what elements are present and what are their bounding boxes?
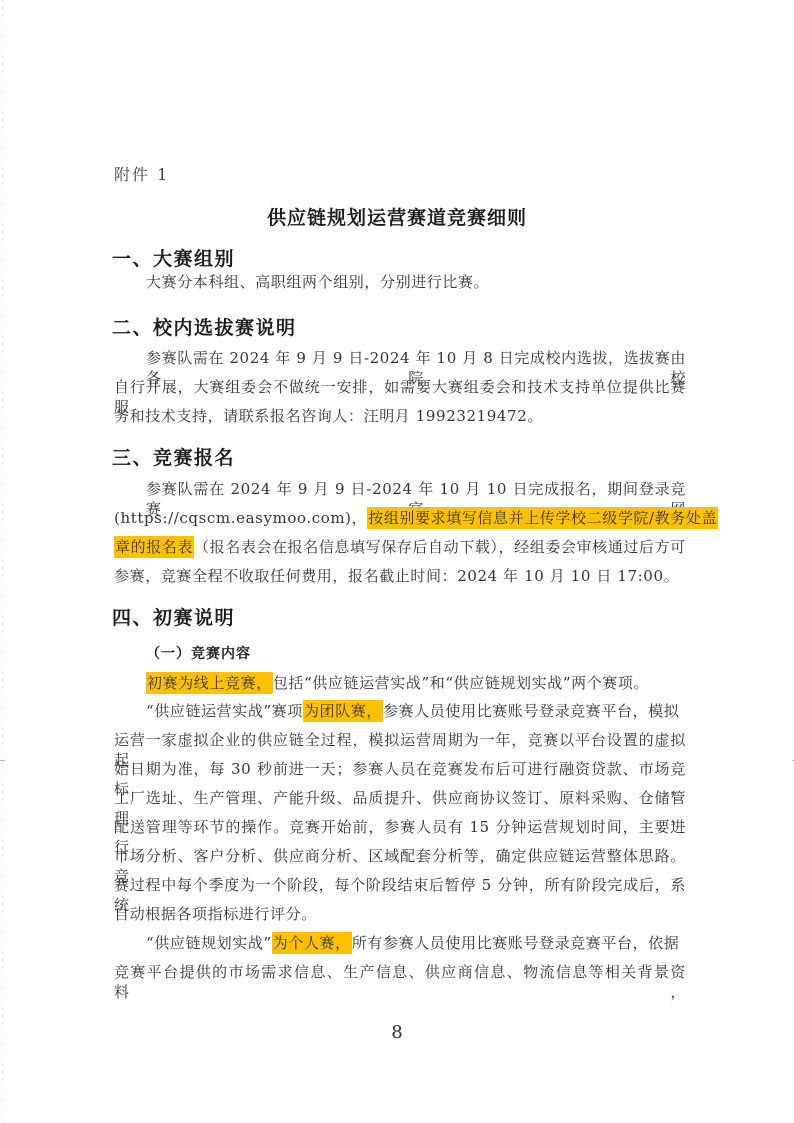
paragraph-text: “供应链运营实战”赛项	[146, 702, 303, 720]
document-page: 附件 1 供应链规划运营赛道竞赛细则 一、大赛组别 大赛分本科组、高职组两个组别…	[0, 0, 794, 1123]
paragraph-text: 包括“供应链运营实战”和“供应链规划实战”两个赛项。	[273, 674, 649, 692]
highlighted-text: 为个人赛，	[272, 932, 352, 954]
highlighted-text: 初赛为线上竞赛，	[146, 672, 273, 694]
paragraph-line: 初赛为线上竞赛，包括“供应链运营实战”和“供应链规划实战”两个赛项。	[146, 673, 718, 693]
paragraph-text: （报名表会在报名信息填写保存后自动下载），经组委会审核通过后方可	[194, 538, 686, 556]
paragraph-line: 务和技术支持，请联系报名咨询人：汪明月 19923219472。	[114, 406, 686, 426]
paragraph-line: (https://cqscm.easymoo.com)，按组别要求填写信息并上传…	[114, 508, 686, 528]
highlighted-text: 为团队赛，	[303, 700, 383, 722]
section-heading-preliminary: 四、初赛说明	[112, 603, 235, 630]
paragraph-line: 参赛，竞赛全程不收取任何费用，报名截止时间：2024 年 10 月 10 日 1…	[114, 566, 686, 586]
paragraph-text: “供应链规划实战”	[146, 934, 272, 952]
paragraph-text: 参赛人员使用比赛账号登录竞赛平台，模拟	[383, 702, 679, 720]
paragraph-line: 章的报名表（报名表会在报名信息填写保存后自动下载），经组委会审核通过后方可	[114, 537, 686, 557]
subsection-heading-content: （一）竞赛内容	[146, 643, 251, 663]
highlighted-text: 按组别要求填写信息并上传学校二级学院/教务处盖	[367, 507, 718, 529]
scan-edge-mark	[0, 760, 5, 761]
paragraph-line: 自动根据各项指标进行评分。	[114, 904, 686, 924]
paragraph-line: “供应链规划实战”为个人赛，所有参赛人员使用比赛账号登录竞赛平台，依据	[146, 933, 718, 953]
page-number: 8	[0, 1022, 794, 1043]
document-title: 供应链规划运营赛道竞赛细则	[0, 203, 794, 230]
section-heading-registration: 三、竞赛报名	[112, 443, 235, 470]
attachment-label: 附件 1	[114, 162, 169, 185]
website-url-text: (https://cqscm.easymoo.com)，	[114, 509, 367, 527]
paragraph-line: “供应链运营实战”赛项为团队赛，参赛人员使用比赛账号登录竞赛平台，模拟	[146, 701, 718, 721]
highlighted-text: 章的报名表	[114, 536, 194, 558]
scan-edge-artifact	[2, 0, 3, 1123]
section-heading-selection: 二、校内选拔赛说明	[112, 313, 297, 340]
section-heading-groups: 一、大赛组别	[112, 244, 235, 271]
paragraph-line: 竞赛平台提供的市场需求信息、生产信息、供应商信息、物流信息等相关背景资料，	[114, 962, 686, 1002]
paragraph-line: 大赛分本科组、高职组两个组别，分别进行比赛。	[146, 272, 718, 292]
paragraph-text: 所有参赛人员使用比赛账号登录竞赛平台，依据	[352, 934, 680, 952]
